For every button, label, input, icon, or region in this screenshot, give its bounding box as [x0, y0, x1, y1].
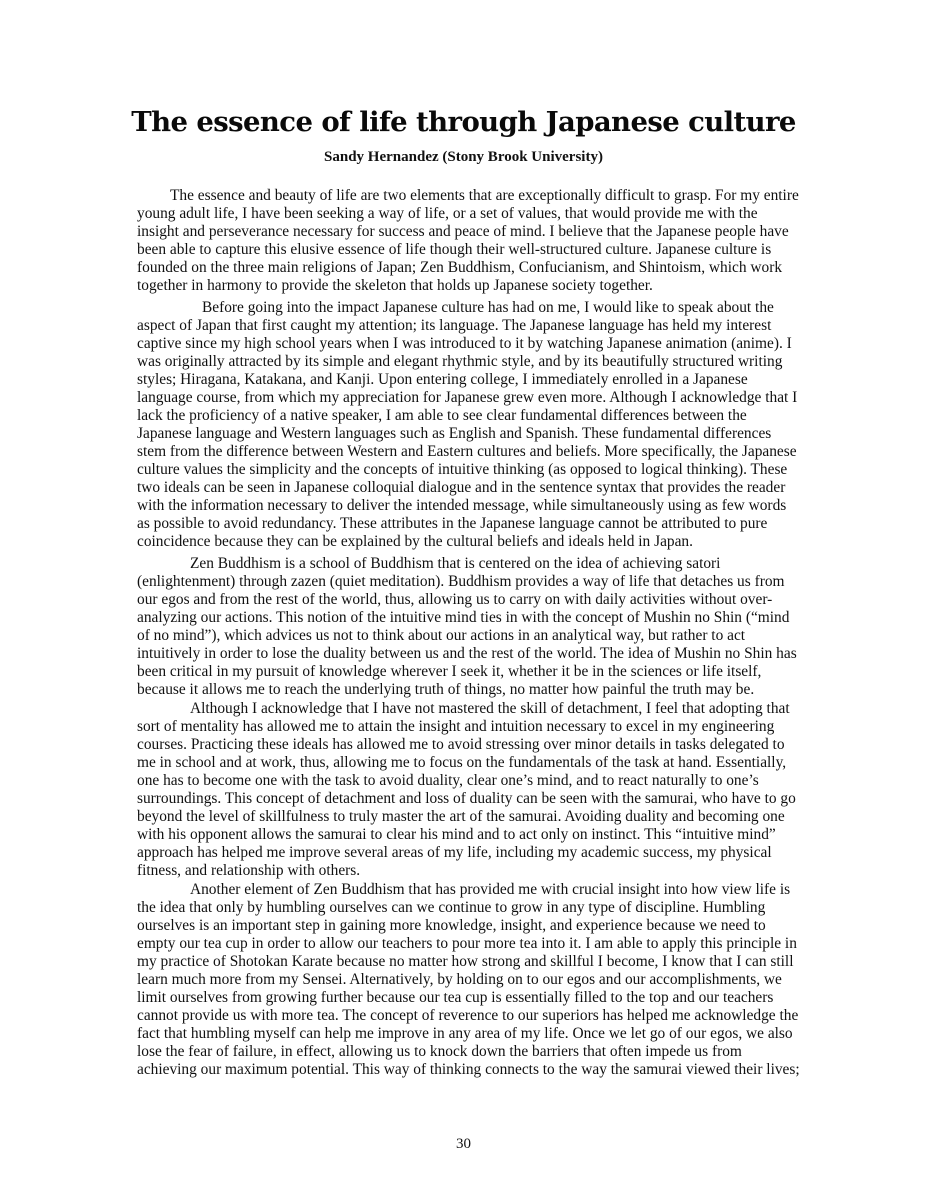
text-line: stem from the difference between Western…	[137, 443, 789, 461]
text-line: me in school and at work, thus, allowing…	[137, 754, 789, 772]
paragraph-4: Although I acknowledge that I have not m…	[137, 700, 789, 880]
text-line: founded on the three main religions of J…	[137, 259, 789, 277]
text-line: culture values the simplicity and the co…	[137, 461, 789, 479]
text-line: my practice of Shotokan Karate because n…	[137, 953, 789, 971]
text-line: coincidence because they can be explaine…	[137, 533, 789, 551]
text-line: language course, from which my appreciat…	[137, 389, 789, 407]
text-line: as possible to avoid redundancy. These a…	[137, 515, 789, 533]
text-line: ourselves is an important step in gainin…	[137, 917, 789, 935]
text-line: fact that humbling myself can help me im…	[137, 1025, 789, 1043]
page-title: The essence of life through Japanese cul…	[0, 106, 927, 138]
text-line: Another element of Zen Buddhism that has…	[137, 881, 789, 899]
text-line: learn much more from my Sensei. Alternat…	[137, 971, 789, 989]
text-line: courses. Practicing these ideals has all…	[137, 736, 789, 754]
text-line: together in harmony to provide the skele…	[137, 277, 789, 295]
text-line: aspect of Japan that first caught my att…	[137, 317, 789, 335]
paragraph-5: Another element of Zen Buddhism that has…	[137, 881, 789, 1079]
text-line: empty our tea cup in order to allow our …	[137, 935, 789, 953]
text-line: with his opponent allows the samurai to …	[137, 826, 789, 844]
text-line: two ideals can be seen in Japanese collo…	[137, 479, 789, 497]
text-line: with the information necessary to delive…	[137, 497, 789, 515]
text-line: young adult life, I have been seeking a …	[137, 205, 789, 223]
text-line: The essence and beauty of life are two e…	[137, 187, 789, 205]
text-line: fitness, and relationship with others.	[137, 862, 789, 880]
text-line: lose the fear of failure, in effect, all…	[137, 1043, 789, 1061]
text-line: (enlightenment) through zazen (quiet med…	[137, 573, 789, 591]
text-line: our egos and from the rest of the world,…	[137, 591, 789, 609]
text-line: been able to capture this elusive essenc…	[137, 241, 789, 259]
text-line: Zen Buddhism is a school of Buddhism tha…	[137, 555, 789, 573]
paragraph-3: Zen Buddhism is a school of Buddhism tha…	[137, 555, 789, 699]
text-line: lack the proficiency of a native speaker…	[137, 407, 789, 425]
text-line: achieving our maximum potential. This wa…	[137, 1061, 789, 1079]
text-line: insight and perseverance necessary for s…	[137, 223, 789, 241]
text-line: captive since my high school years when …	[137, 335, 789, 353]
page-number: 30	[0, 1136, 927, 1153]
text-line: Although I acknowledge that I have not m…	[137, 700, 789, 718]
text-line: of no mind”), which advices us not to th…	[137, 627, 789, 645]
text-line: Before going into the impact Japanese cu…	[137, 299, 789, 317]
text-line: surroundings. This concept of detachment…	[137, 790, 789, 808]
paragraph-2: Before going into the impact Japanese cu…	[137, 299, 789, 551]
text-line: styles; Hiragana, Katakana, and Kanji. U…	[137, 371, 789, 389]
text-line: Japanese language and Western languages …	[137, 425, 789, 443]
text-line: intuitively in order to lose the duality…	[137, 645, 789, 663]
text-line: because it allows me to reach the underl…	[137, 681, 789, 699]
text-line: approach has helped me improve several a…	[137, 844, 789, 862]
text-line: one has to become one with the task to a…	[137, 772, 789, 790]
text-line: sort of mentality has allowed me to atta…	[137, 718, 789, 736]
text-line: the idea that only by humbling ourselves…	[137, 899, 789, 917]
text-line: was originally attracted by its simple a…	[137, 353, 789, 371]
text-line: beyond the level of skillfulness to trul…	[137, 808, 789, 826]
text-line: cannot provide us with more tea. The con…	[137, 1007, 789, 1025]
text-line: been critical in my pursuit of knowledge…	[137, 663, 789, 681]
text-line: limit ourselves from growing further bec…	[137, 989, 789, 1007]
text-line: analyzing our actions. This notion of th…	[137, 609, 789, 627]
paragraph-1: The essence and beauty of life are two e…	[137, 187, 789, 295]
author-line: Sandy Hernandez (Stony Brook University)	[0, 149, 927, 166]
